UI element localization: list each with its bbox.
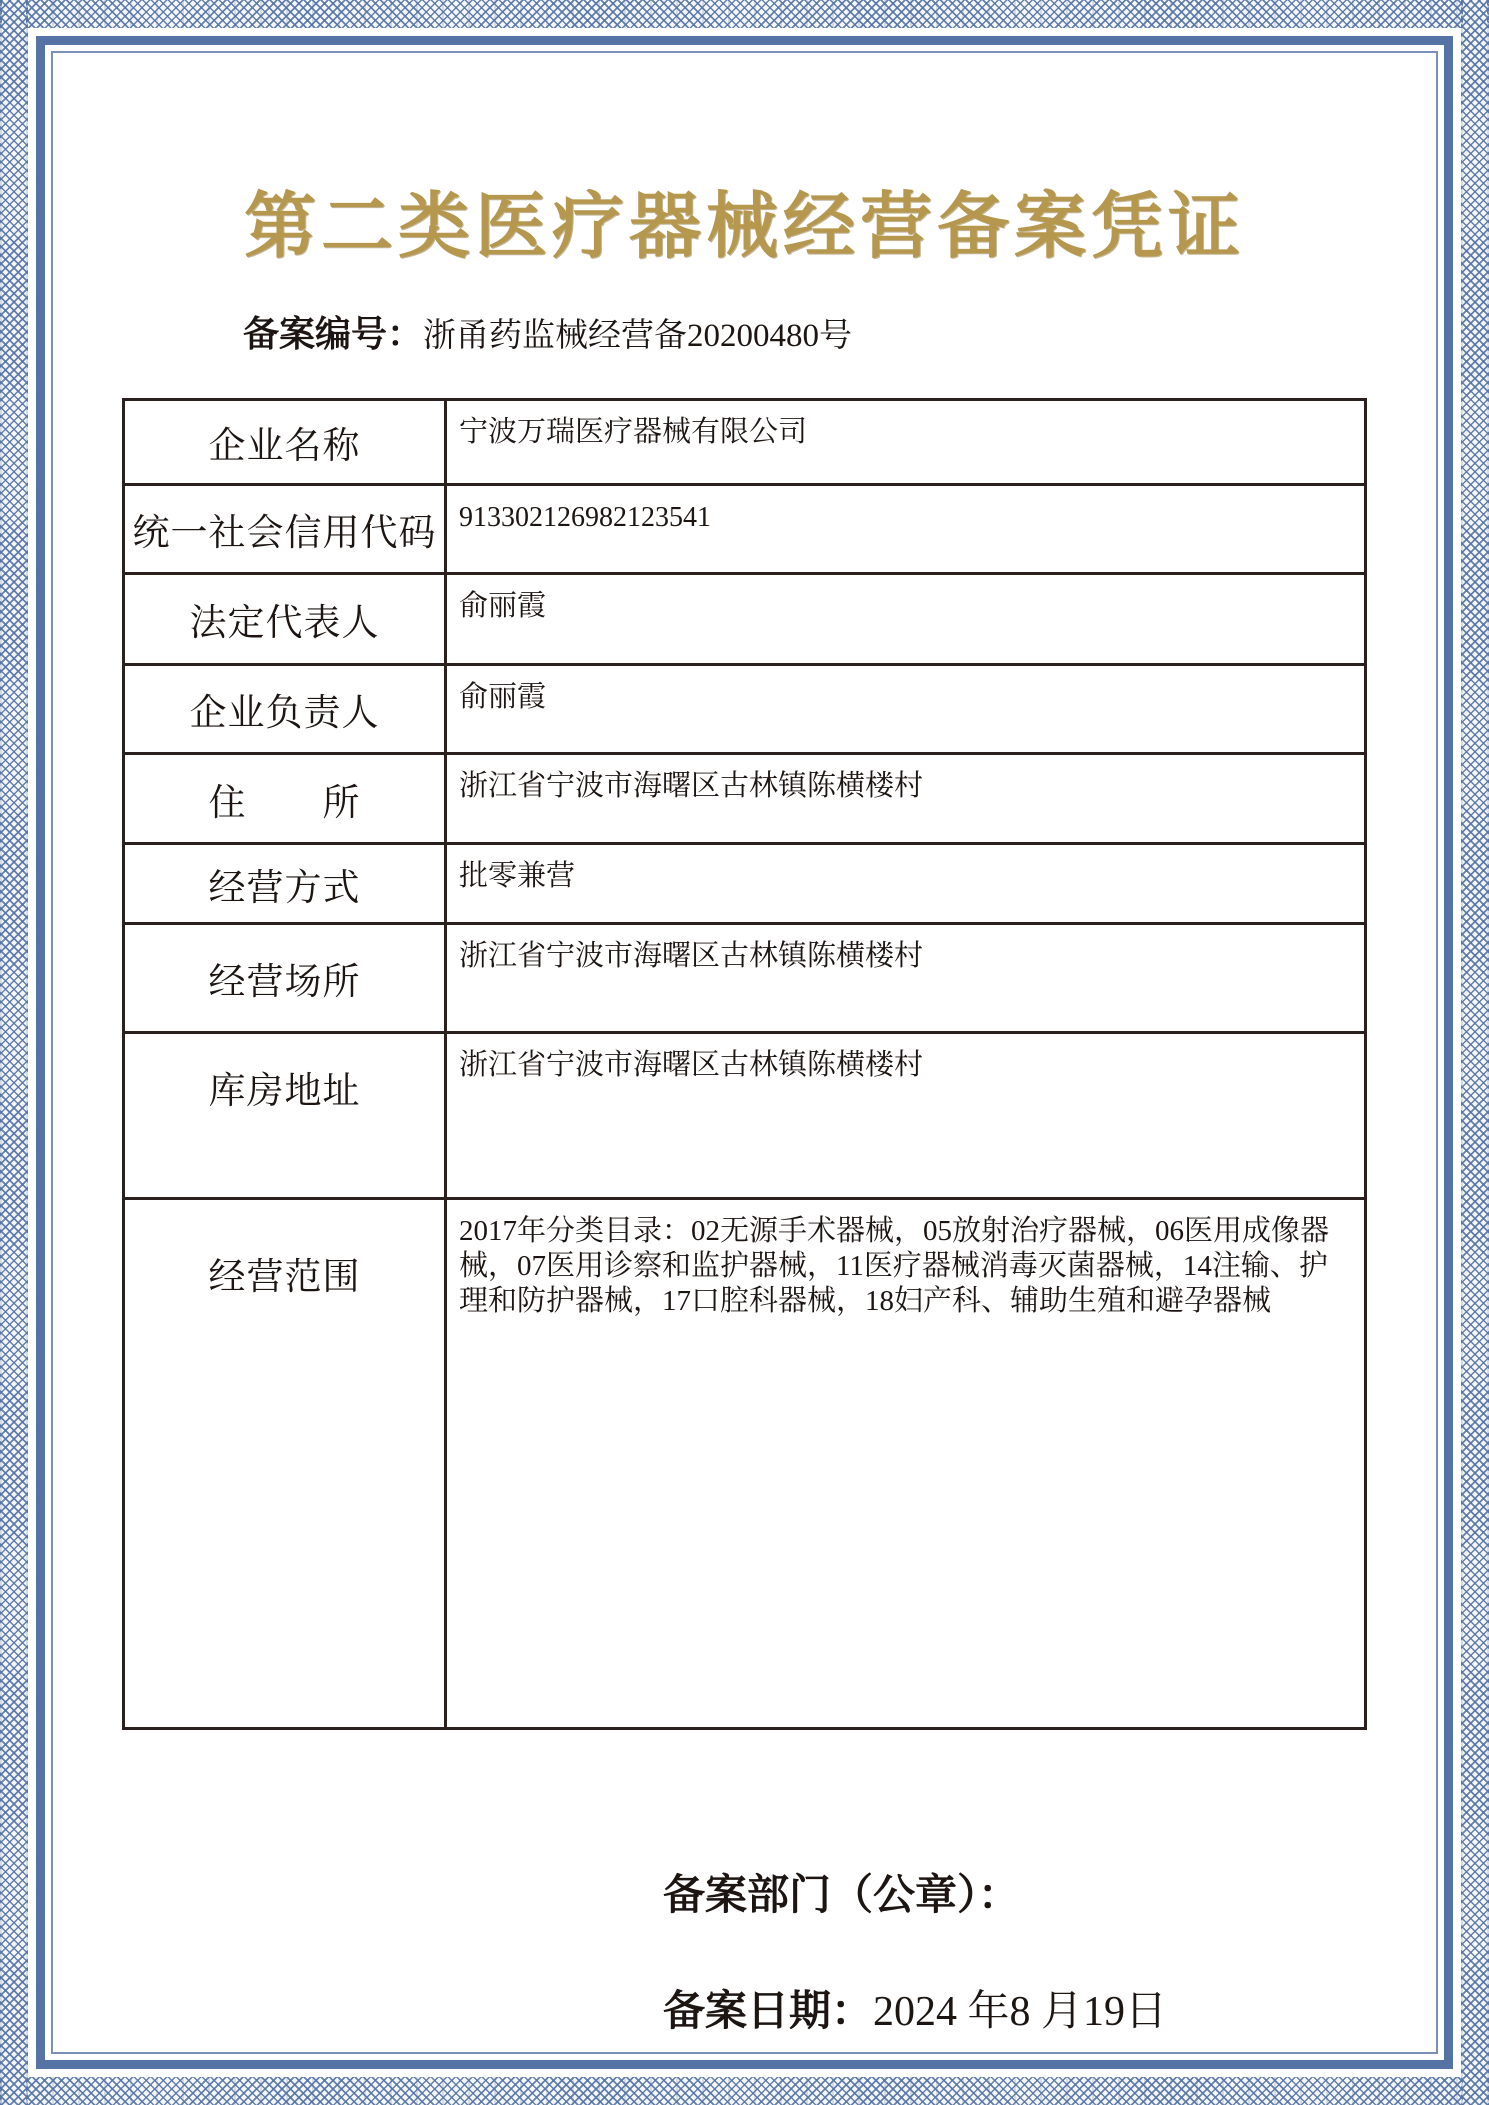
table-row: 统一社会信用代码 913302126982123541 <box>125 486 1364 575</box>
table-row: 经营方式 批零兼营 <box>125 845 1364 925</box>
field-label: 经营范围 <box>125 1200 447 1727</box>
table-row: 经营范围 2017年分类目录：02无源手术器械，05放射治疗器械，06医用成像器… <box>125 1200 1364 1727</box>
filing-department-line: 备案部门（公章）： <box>663 1862 1020 1922</box>
certificate-title: 第二类医疗器械经营备案凭证 <box>0 168 1489 272</box>
field-value: 浙江省宁波市海曙区古林镇陈横楼村 <box>447 925 1364 1031</box>
table-row: 库房地址 浙江省宁波市海曙区古林镇陈横楼村 <box>125 1034 1364 1200</box>
field-value: 批零兼营 <box>447 845 1364 922</box>
field-value: 俞丽霞 <box>447 666 1364 752</box>
table-row: 住 所 浙江省宁波市海曙区古林镇陈横楼村 <box>125 755 1364 845</box>
field-label: 法定代表人 <box>125 575 447 663</box>
field-value: 2017年分类目录：02无源手术器械，05放射治疗器械，06医用成像器械，07医… <box>447 1200 1364 1727</box>
field-label: 企业负责人 <box>125 666 447 752</box>
field-value: 宁波万瑞医疗器械有限公司 <box>447 401 1364 483</box>
certificate-table: 企业名称 宁波万瑞医疗器械有限公司 统一社会信用代码 9133021269821… <box>122 398 1367 1730</box>
field-label: 住 所 <box>125 755 447 842</box>
field-label: 经营方式 <box>125 845 447 922</box>
field-value: 浙江省宁波市海曙区古林镇陈横楼村 <box>447 1034 1364 1197</box>
field-value: 浙江省宁波市海曙区古林镇陈横楼村 <box>447 755 1364 842</box>
certificate-page: 第二类医疗器械经营备案凭证 备案编号：浙甬药监械经营备20200480号 企业名… <box>0 0 1489 2105</box>
filing-number-label: 备案编号： <box>243 314 423 354</box>
decorative-border-left <box>0 0 28 2105</box>
field-label: 统一社会信用代码 <box>125 486 447 572</box>
table-row: 法定代表人 俞丽霞 <box>125 575 1364 666</box>
table-row: 企业名称 宁波万瑞医疗器械有限公司 <box>125 401 1364 486</box>
field-label: 企业名称 <box>125 401 447 483</box>
table-row: 企业负责人 俞丽霞 <box>125 666 1364 755</box>
filing-number-value: 浙甬药监械经营备20200480号 <box>423 318 852 354</box>
filing-date-line: 备案日期：2024 年8 月19日 <box>663 1978 1167 2038</box>
field-value: 913302126982123541 <box>447 486 1364 572</box>
filing-department-label: 备案部门（公章）： <box>663 1873 1020 1919</box>
filing-date-label: 备案日期： <box>663 1989 873 2035</box>
field-label: 经营场所 <box>125 925 447 1031</box>
decorative-border-top <box>0 0 1489 28</box>
table-row: 经营场所 浙江省宁波市海曙区古林镇陈横楼村 <box>125 925 1364 1034</box>
decorative-border-bottom <box>0 2077 1489 2105</box>
filing-number-line: 备案编号：浙甬药监械经营备20200480号 <box>243 306 852 357</box>
filing-date-value: 2024 年8 月19日 <box>873 1989 1167 2035</box>
field-value: 俞丽霞 <box>447 575 1364 663</box>
field-label: 库房地址 <box>125 1034 447 1197</box>
decorative-border-right <box>1461 0 1489 2105</box>
